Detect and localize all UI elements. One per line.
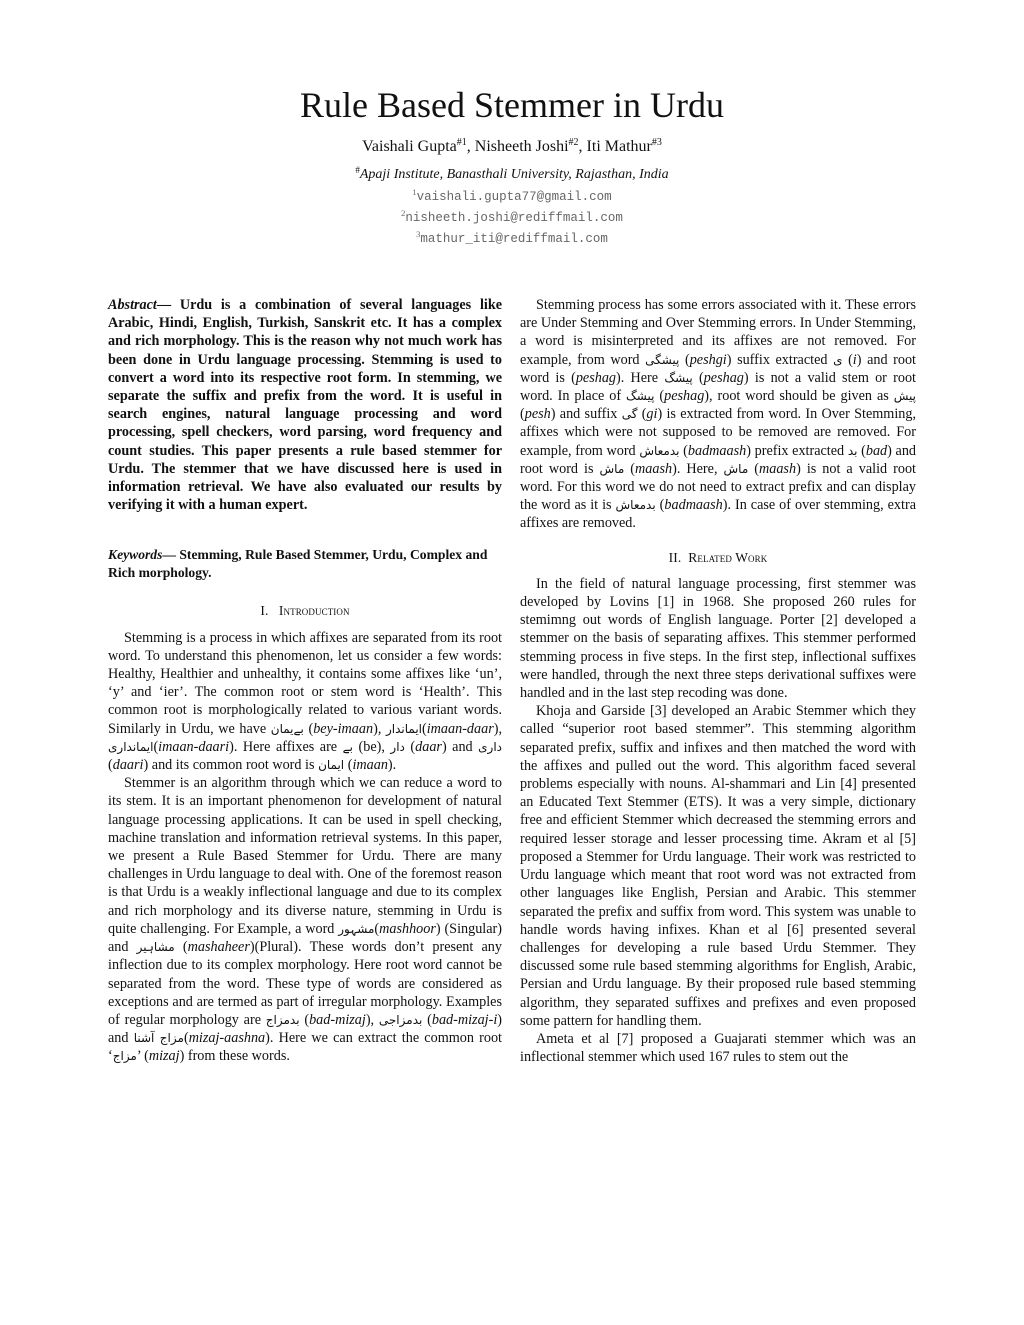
urdu-word: پیشگی bbox=[645, 353, 679, 367]
intro-paragraph-2: Stemmer is an algorithm through which we… bbox=[108, 774, 502, 1065]
transliteration: imaan-daari bbox=[158, 739, 229, 755]
text: ( bbox=[693, 370, 704, 386]
text: ( bbox=[624, 461, 635, 477]
related-paragraph-1: In the field of natural language process… bbox=[520, 575, 916, 702]
text: ( bbox=[175, 939, 188, 955]
urdu-word: بدمزاجی bbox=[379, 1013, 422, 1027]
transliteration: peshgi bbox=[690, 352, 727, 368]
author-name: Iti Mathur bbox=[587, 138, 652, 155]
section-title: Related Work bbox=[688, 550, 767, 565]
text: ( bbox=[353, 739, 363, 755]
urdu-word: پیشگ bbox=[626, 389, 654, 403]
urdu-word: ماش bbox=[600, 462, 625, 476]
text: Stemmer is an algorithm through which we… bbox=[108, 775, 502, 937]
dash: — bbox=[162, 547, 179, 562]
text: ), bbox=[366, 1012, 379, 1028]
transliteration: peshag bbox=[576, 370, 616, 386]
urdu-word: بدمعاش bbox=[616, 498, 656, 512]
transliteration: daari bbox=[113, 757, 144, 773]
urdu-word: دار bbox=[390, 740, 404, 754]
transliteration: pesh bbox=[525, 406, 551, 422]
email-address: mathur_iti@rediffmail.com bbox=[420, 232, 608, 246]
keywords-label: Keywords bbox=[108, 547, 162, 562]
transliteration: imaan bbox=[352, 757, 387, 773]
text: ), bbox=[377, 739, 391, 755]
section-number: I. bbox=[260, 603, 268, 618]
text: and its common root word is bbox=[148, 757, 318, 773]
transliteration: mashhoor bbox=[379, 921, 436, 937]
text: ( bbox=[422, 1012, 432, 1028]
errors-paragraph: Stemming process has some errors associa… bbox=[520, 296, 916, 533]
urdu-word: پیشگ bbox=[664, 371, 692, 385]
urdu-word: مزاج آشنا bbox=[134, 1031, 184, 1045]
urdu-word: بدمعاش bbox=[639, 444, 679, 458]
text: . Here we can extract the common root bbox=[270, 1030, 502, 1046]
urdu-word: بےیمان bbox=[271, 722, 304, 736]
urdu-word: داری bbox=[478, 740, 502, 754]
urdu-word: بدمزاج bbox=[266, 1013, 300, 1027]
urdu-word: مشاہیر bbox=[137, 940, 175, 954]
text: . Here affixes are bbox=[234, 739, 343, 755]
transliteration: badmaash bbox=[664, 497, 722, 513]
transliteration: bey-imaan bbox=[313, 721, 373, 737]
related-paragraph-3: Ameta et al [7] proposed a Guajarati ste… bbox=[520, 1030, 916, 1066]
abstract: Abstract— Urdu is a combination of sever… bbox=[108, 296, 502, 514]
transliteration: daar bbox=[415, 739, 442, 755]
text: from these words. bbox=[184, 1048, 290, 1064]
urdu-word: پیش bbox=[894, 389, 916, 403]
right-column: Stemming process has some errors associa… bbox=[520, 296, 916, 1066]
text: ( bbox=[141, 1048, 149, 1064]
transliteration: bad bbox=[866, 443, 887, 459]
transliteration: i bbox=[853, 352, 857, 368]
section-number: II. bbox=[669, 550, 682, 565]
text: ( bbox=[680, 443, 688, 459]
affiliation: #Apaji Institute, Banasthali University,… bbox=[0, 166, 1024, 184]
urdu-word: گی bbox=[622, 407, 638, 421]
urdu-word: ایمانداری bbox=[108, 740, 153, 754]
text: ( bbox=[300, 1012, 310, 1028]
transliteration: mizaj-aashna bbox=[189, 1030, 265, 1046]
separator: , bbox=[579, 138, 587, 155]
author-mark: #3 bbox=[652, 137, 662, 148]
author-list: Vaishali Gupta#1, Nisheeth Joshi#2, Iti … bbox=[0, 137, 1024, 157]
email-1: 1vaishali.gupta77@gmail.com bbox=[0, 189, 1024, 205]
text: ( bbox=[654, 388, 664, 404]
transliteration: bad-mizaj-i bbox=[432, 1012, 497, 1028]
text: ( bbox=[679, 352, 689, 368]
transliteration: be bbox=[363, 739, 376, 755]
author-name: Nisheeth Joshi bbox=[475, 138, 569, 155]
text: ), bbox=[373, 721, 386, 737]
text: prefix extracted bbox=[751, 443, 848, 459]
urdu-word: ایماندار bbox=[386, 722, 422, 736]
intro-paragraph-1: Stemming is a process in which affixes a… bbox=[108, 629, 502, 775]
transliteration: imaan-daar bbox=[427, 721, 494, 737]
text: . Here, bbox=[677, 461, 724, 477]
text: ( bbox=[748, 461, 759, 477]
separator: , bbox=[467, 138, 475, 155]
text: ( bbox=[405, 739, 415, 755]
text: ( bbox=[304, 721, 313, 737]
transliteration: maash bbox=[635, 461, 672, 477]
author-mark: #2 bbox=[569, 137, 579, 148]
transliteration: bad-mizaj bbox=[309, 1012, 366, 1028]
transliteration: peshag bbox=[664, 388, 704, 404]
text: ( bbox=[857, 443, 865, 459]
urdu-word: ماش bbox=[724, 462, 749, 476]
text: and bbox=[108, 1030, 134, 1046]
abstract-text: Urdu is a combination of several languag… bbox=[108, 297, 502, 513]
urdu-word: مشہور bbox=[338, 922, 374, 936]
urdu-word: مزاج bbox=[113, 1049, 137, 1063]
email-2: 2nisheeth.joshi@rediffmail.com bbox=[0, 210, 1024, 226]
transliteration: mashaheer bbox=[188, 939, 250, 955]
text: and suffix bbox=[555, 406, 621, 422]
text: ). Here bbox=[616, 370, 664, 386]
related-paragraph-2: Khoja and Garside [3] developed an Arabi… bbox=[520, 702, 916, 1030]
transliteration: peshag bbox=[704, 370, 744, 386]
author-mark: #1 bbox=[457, 137, 467, 148]
dash: — bbox=[157, 297, 180, 313]
urdu-word: ایمان bbox=[318, 758, 344, 772]
left-column: Abstract— Urdu is a combination of sever… bbox=[108, 296, 502, 1066]
section-heading-related-work: II. Related Work bbox=[520, 549, 916, 567]
text: , root word should be given as bbox=[709, 388, 894, 404]
email-3: 3mathur_iti@rediffmail.com bbox=[0, 231, 1024, 247]
transliteration: mizaj bbox=[149, 1048, 180, 1064]
abstract-label: Abstract bbox=[108, 297, 157, 313]
urdu-word: بے bbox=[343, 740, 353, 754]
transliteration: maash bbox=[759, 461, 796, 477]
author-name: Vaishali Gupta bbox=[362, 138, 457, 155]
text: ), bbox=[494, 721, 502, 737]
transliteration: badmaash bbox=[688, 443, 746, 459]
email-address: vaishali.gupta77@gmail.com bbox=[417, 190, 612, 204]
affiliation-text: Apaji Institute, Banasthali University, … bbox=[360, 167, 669, 182]
section-heading-introduction: I. Introduction bbox=[108, 602, 502, 620]
urdu-word: بد bbox=[848, 444, 858, 458]
keywords: Keywords— Stemming, Rule Based Stemmer, … bbox=[108, 546, 502, 582]
text: suffix extracted bbox=[731, 352, 833, 368]
paper-title: Rule Based Stemmer in Urdu bbox=[0, 84, 1024, 126]
section-title: Introduction bbox=[279, 603, 350, 618]
email-address: nisheeth.joshi@rediffmail.com bbox=[405, 211, 623, 225]
transliteration: gi bbox=[646, 406, 657, 422]
text: ( bbox=[842, 352, 852, 368]
